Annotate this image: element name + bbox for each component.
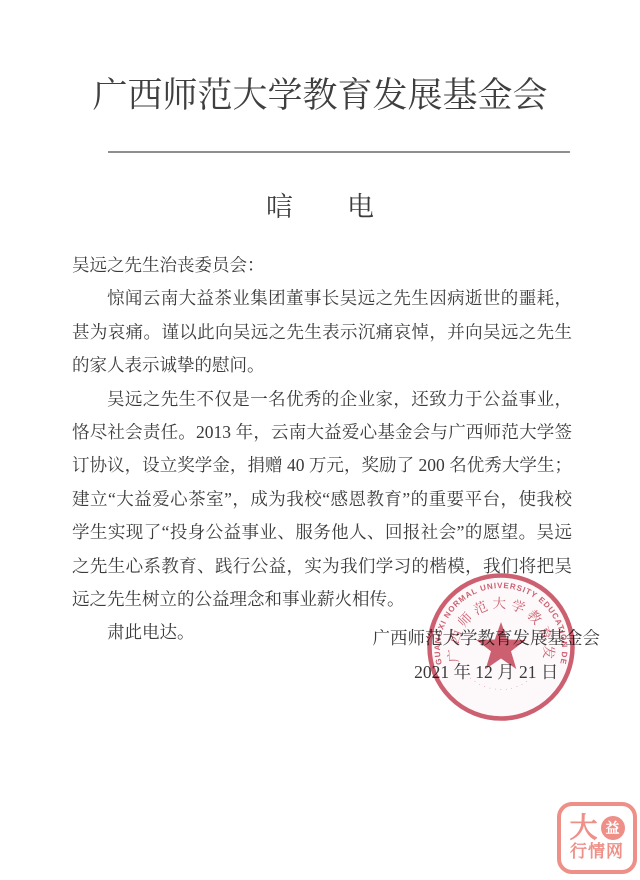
- letterhead-title: 广西师范大学教育发展基金会: [0, 68, 640, 118]
- salutation-line: 吴远之先生治丧委员会：: [72, 249, 572, 282]
- condolence-letter-page: 广西师范大学教育发展基金会 唁 电 吴远之先生治丧委员会： 惊闻云南大益茶业集团…: [0, 0, 640, 880]
- paragraph-2: 吴远之先生不仅是一名优秀的企业家，还致力于公益事业，恪尽社会责任。2013 年，…: [72, 383, 572, 617]
- letter-body: 吴远之先生治丧委员会： 惊闻云南大益茶业集团董事长吴远之先生因病逝世的噩耗，甚为…: [72, 249, 572, 650]
- site-watermark-logo: 大 益 行情网: [557, 802, 637, 874]
- document-heading: 唁 电: [0, 185, 640, 224]
- paragraph-1: 惊闻云南大益茶业集团董事长吴远之先生因病逝世的噩耗，甚为哀痛。谨以此向吴远之先生…: [72, 282, 572, 382]
- watermark-bottom-text: 行情网: [570, 843, 624, 862]
- watermark-top-row: 大 益: [569, 814, 624, 842]
- signature-date: 2021 年 12 月 21 日: [373, 655, 601, 689]
- watermark-circle-icon: 益: [601, 816, 625, 840]
- letterhead-divider: [108, 151, 570, 153]
- signature-org: 广西师范大学教育发展基金会: [373, 621, 601, 655]
- watermark-big-char: 大: [569, 814, 597, 842]
- signature-block: 广西师范大学教育发展基金会 2021 年 12 月 21 日: [373, 621, 601, 689]
